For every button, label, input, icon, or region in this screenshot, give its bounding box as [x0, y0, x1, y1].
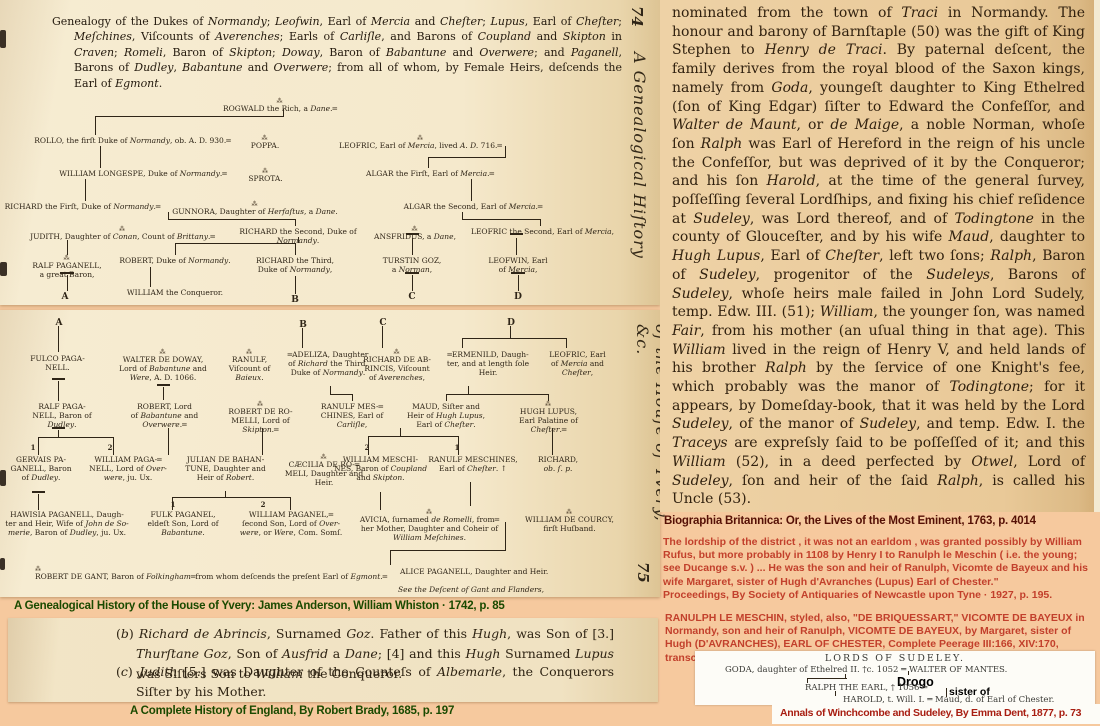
- tree-node: ROBERT, Duke of Normandy.: [115, 256, 235, 265]
- tree-node: C: [405, 292, 419, 303]
- tree-connector-line: [412, 238, 413, 255]
- tree-node: ⁂JUDITH, Daughter of Conan, Count of Bri…: [25, 227, 220, 241]
- scan-biographia-britannica: nominated from the town of Traci in Norm…: [660, 0, 1100, 512]
- tree-connector-line: [52, 427, 65, 429]
- tree-connector-line: [380, 492, 381, 510]
- tree-node: RALF PAGA-NELL, Baron ofDudley.: [22, 402, 102, 429]
- tree-connector-line: [172, 497, 173, 510]
- genealogy-tree-normandy: ⁂ROGWALD the Rich, a Dane.═ROLLO, the fi…: [0, 0, 660, 305]
- tree-connector-line: [100, 146, 101, 168]
- asterism-mark: ⁂: [352, 510, 507, 515]
- tree-connector-line: [468, 386, 469, 394]
- tree-connector-line: [566, 338, 567, 348]
- tree-connector-line: [368, 436, 459, 437]
- tree-node: A: [58, 292, 72, 303]
- tree-node: JULIAN DE BAHAN-TUNE, Daughter andHeir o…: [178, 455, 273, 482]
- tree-node: FULCO PAGA-NELL.: [20, 354, 95, 372]
- tree-connector-line: [172, 497, 291, 498]
- tree-connector-line: [516, 238, 517, 255]
- tree-connector-line: [405, 272, 419, 274]
- tree-connector-line: [505, 146, 506, 157]
- tree-node: RANULF MESCHINES,Earl of Cheſter. ↑: [418, 455, 528, 473]
- tree-node: 2: [258, 501, 268, 509]
- tree-connector-line: [518, 275, 519, 291]
- tree-node: ROBERT, Lordof Babantune andOverwere.═: [122, 402, 207, 429]
- tree-node: ⁂HUGH LUPUS,Earl Palatine ofCheſter.═: [506, 402, 591, 434]
- tree-connector-line: [168, 428, 169, 455]
- asterism-mark: ⁂: [222, 350, 277, 355]
- tree-connector-line: [406, 233, 419, 235]
- tree-connector-line: [510, 233, 523, 235]
- tree-connector-line: [462, 212, 463, 219]
- tree-connector-line: [38, 494, 39, 510]
- tree-connector-line: [462, 219, 541, 220]
- tree-node: A: [52, 318, 66, 329]
- tree-connector-line: [52, 378, 65, 380]
- tree-connector-line: [446, 394, 549, 395]
- tree-connector-line: [390, 550, 391, 565]
- tree-connector-line: [295, 219, 296, 226]
- asterism-mark: ⁂: [218, 402, 303, 407]
- tree-connector-line: [295, 243, 296, 255]
- caption-annals-source: Annals of Winchcombe and Sudeley, By Emm…: [780, 707, 1081, 719]
- tree-connector-line: [175, 243, 176, 255]
- tree-connector-line: [462, 338, 463, 348]
- caption-biographia-source: Biographia Britannica: Or, the Lives of …: [664, 515, 1036, 527]
- tree-node: RICHARD,ob. ſ. p.: [528, 455, 588, 473]
- tree-connector-line: [510, 326, 511, 338]
- tree-connector-line: [908, 671, 909, 675]
- tree-node: 1: [28, 444, 38, 452]
- tree-connector-line: [85, 179, 86, 201]
- tree-connector-line: [58, 430, 59, 437]
- tree-connector-line: [511, 272, 525, 274]
- tree-node: ⁂POPPA.: [240, 136, 290, 150]
- tree-connector-line: [835, 691, 836, 696]
- tree-node: MAUD, Siſter andHeir of Hugh Lupus,Earl …: [396, 402, 496, 429]
- caption-brady-source: A Complete History of England, By Robert…: [130, 705, 454, 717]
- asterism-mark: ⁂: [108, 350, 218, 355]
- tree-connector-line: [400, 428, 401, 436]
- genealogy-tree-yvery: ABCDFULCO PAGA-NELL.⁂WALTER DE DOWAY,Lor…: [0, 310, 660, 597]
- tree-node: HAWISIA PAGANELL, Daugh-ter and Heir, Wi…: [2, 510, 132, 537]
- tree-node: ⁂AVICIA, ſurnamed de Romelli, from═her M…: [352, 510, 507, 542]
- tree-connector-line: [157, 384, 170, 386]
- tree-connector-line: [470, 482, 471, 506]
- tree-node: ALGAR the Second, Earl of Mercia.═: [388, 202, 558, 211]
- tree-connector-line: [446, 394, 447, 401]
- document-collage: { "colors": { "background": "#f6c99e", "…: [0, 0, 1100, 726]
- asterism-mark: ⁂: [238, 169, 293, 174]
- tree-node: ⁂GUNNORA, Daughter of Herfaſtus, a Dane.: [165, 202, 345, 216]
- tree-node: ⁂ROBERT DE GANT, Baron of Folkingham═fro…: [35, 567, 395, 581]
- scan-yvery-page-75: of the Houſe of Yvery, &c. 75 ABCDFULCO …: [0, 310, 660, 597]
- tree-connector-line: [95, 117, 96, 135]
- tree-node: See the Deſcent of Gant and Flanders,: [398, 585, 563, 594]
- caption-yvery-source: A Genealogical History of the House of Y…: [14, 600, 505, 612]
- tree-connector-line: [428, 157, 429, 168]
- asterism-mark: ⁂: [512, 510, 627, 515]
- tree-node: LORDS OF SUDELEY.: [795, 653, 995, 664]
- tree-node: 1: [168, 501, 178, 509]
- tree-connector-line: [382, 326, 383, 348]
- tree-connector-line: [368, 436, 369, 455]
- tree-connector-line: [95, 116, 284, 117]
- red-note-proceedings: The lordship of the district , it was no…: [663, 536, 1096, 602]
- tree-node: ⁂ROBERT DE RO-MELLI, Lord ofSkipton.═: [218, 402, 303, 434]
- asterism-mark: ⁂: [22, 256, 112, 261]
- tree-connector-line: [548, 394, 549, 401]
- tree-node: RANULF MES-═CHINES, Earl ofCarliſle,: [312, 402, 392, 429]
- tree-connector-line: [168, 219, 296, 220]
- scan-edge-strip: [1094, 0, 1100, 512]
- tree-connector-line: [168, 212, 169, 219]
- tree-node: D: [504, 318, 518, 329]
- tree-node: GODA, daughter of Ethelred II. †c. 1052 …: [725, 665, 1007, 675]
- tree-node: ⁂WILLIAM DE COURCY,firſt Huſband.: [512, 510, 627, 533]
- tree-node: C: [376, 318, 390, 329]
- tree-node: WILLIAM LONGESPE, Duke of Normandy.═: [48, 169, 238, 178]
- tree-connector-line: [352, 394, 353, 401]
- tree-connector-line: [552, 428, 553, 455]
- tree-node: ALGAR the Firſt, Earl of Mercia.═: [350, 169, 510, 178]
- tree-connector-line: [163, 387, 164, 400]
- tree-node: WILLIAM PAGANEL,═ſecond Son, Lord of Ove…: [232, 510, 350, 537]
- tree-connector-line: [58, 326, 59, 352]
- tree-node: ⁂LEOFRIC, Earl of Mercia, lived A. D. 71…: [318, 136, 523, 150]
- tree-node: ⁂WALTER DE DOWAY,Lord of Babantune andWe…: [108, 350, 218, 382]
- tree-node: B: [296, 320, 310, 331]
- biographia-body-text: nominated from the town of Traci in Norm…: [672, 4, 1085, 509]
- tree-connector-line: [175, 243, 296, 244]
- tree-connector-line: [67, 275, 68, 291]
- tree-connector-line: [302, 328, 303, 348]
- tree-connector-line: [428, 157, 506, 158]
- tree-connector-line: [295, 276, 296, 294]
- tree-connector-line: [505, 522, 506, 550]
- tree-connector-line: [290, 497, 291, 510]
- asterism-mark: ⁂: [506, 402, 591, 407]
- scan-yvery-page-74: Genealogy of the Dukes of Normandy; Leof…: [0, 0, 660, 305]
- tree-node: ═ERMENILD, Daugh-ter, and at length ſole…: [438, 350, 538, 377]
- scan-lords-of-sudeley: LORDS OF SUDELEY.GODA, daughter of Ethel…: [695, 651, 1095, 705]
- tree-node: RICHARD the Third,Duke of Normandy,: [245, 256, 345, 274]
- tree-connector-line: [390, 550, 506, 551]
- tree-node: WILLIAM PAGA-═NELL, Lord of Over-were, j…: [82, 455, 174, 482]
- asterism-mark: ⁂: [240, 136, 290, 141]
- tree-node: 1: [452, 444, 462, 452]
- tree-connector-line: [330, 386, 331, 394]
- tree-connector-line: [946, 688, 947, 697]
- tree-node: LEOFRIC the Second, Earl of Mercia,: [465, 227, 620, 236]
- tree-node: WILLIAM the Conqueror.: [115, 288, 235, 297]
- brady-note-c: (c) Judith [5.] was Daughter of the Coun…: [116, 662, 614, 702]
- tree-connector-line: [113, 437, 114, 455]
- tree-node: ALICE PAGANELL, Daughter and Heir.: [400, 567, 575, 576]
- tree-node: ⁂RICHARD DE AB-RINCIS, Viſcountof Averen…: [352, 350, 442, 382]
- tree-connector-line: [38, 437, 39, 455]
- tree-node: ROLLO, the firſt Duke of Normandy, ob. A…: [25, 136, 240, 145]
- tree-connector-line: [471, 179, 472, 201]
- tree-connector-line: [540, 219, 541, 226]
- sudeley-pedigree: LORDS OF SUDELEY.GODA, daughter of Ethel…: [695, 651, 1095, 705]
- tree-connector-line: [807, 678, 847, 679]
- tree-node: GERVAIS PA-GANELL, Baronof Dudley.: [2, 455, 80, 482]
- tree-node: ⁂SPROTA.: [238, 169, 293, 183]
- tree-connector-line: [150, 267, 151, 287]
- tree-node: RICHARD the Firſt, Duke of Normandy.═: [0, 202, 165, 211]
- scan-brady-history: (b) Richard de Abrincis, Surnamed Goz. F…: [8, 618, 658, 702]
- tree-connector-line: [330, 394, 352, 395]
- tree-node: ⁂ROGWALD the Rich, a Dane.═: [200, 99, 360, 113]
- caption-annals-strip: Annals of Winchcombe and Sudeley, By Emm…: [772, 704, 1100, 724]
- tree-node: LEOFRIC, Earlof Mercia andCheſter,: [540, 350, 615, 377]
- tree-node: FULK PAGANEL,eldeſt Son, Lord ofBabantun…: [138, 510, 228, 537]
- tree-node: ⁂RANULF,Viſcount ofBaieux.: [222, 350, 277, 382]
- tree-node: RALPH THE EARL, † 1056 ═: [805, 683, 927, 693]
- asterism-mark: ⁂: [352, 350, 442, 355]
- tree-connector-line: [32, 491, 45, 493]
- tree-connector-line: [60, 272, 74, 274]
- asterism-mark: ⁂: [200, 99, 360, 104]
- tree-connector-line: [458, 436, 459, 455]
- tree-connector-line: [283, 109, 284, 116]
- tree-connector-line: [38, 437, 114, 438]
- tree-node: B: [288, 295, 302, 306]
- tree-connector-line: [462, 338, 567, 339]
- asterism-mark: ⁂: [35, 567, 395, 572]
- tree-connector-line: [67, 240, 68, 255]
- tree-connector-line: [262, 428, 263, 455]
- tree-connector-line: [58, 381, 59, 401]
- tree-connector-line: [412, 275, 413, 291]
- tree-node: D: [511, 292, 525, 303]
- tree-connector-line: [298, 237, 299, 243]
- tree-node: 2: [362, 444, 372, 452]
- tree-connector-line: [807, 678, 808, 683]
